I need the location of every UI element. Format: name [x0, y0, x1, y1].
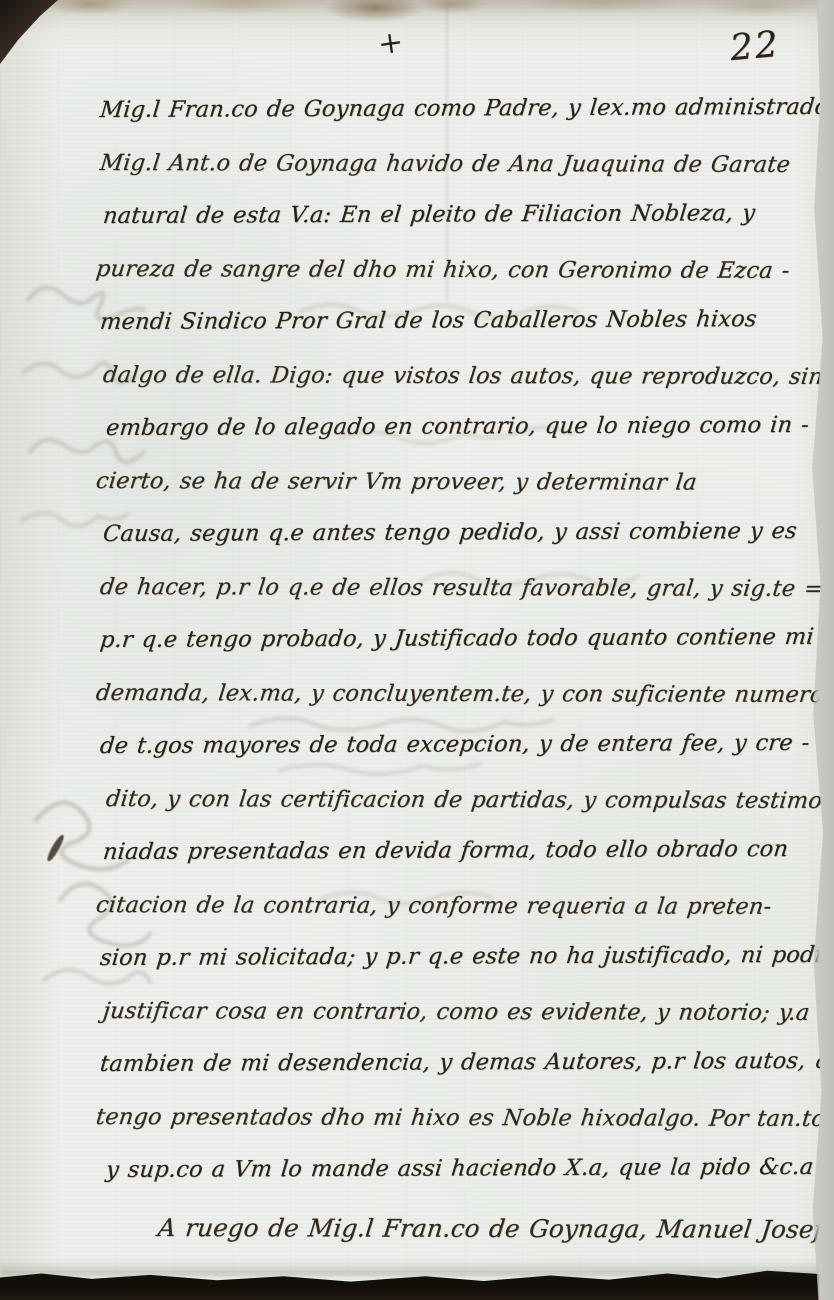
manuscript-line: de hacer, p.r lo q.e de ellos resulta fa… — [97, 561, 817, 616]
manuscript-line: demanda, lex.ma, y concluyentem.te, y co… — [93, 667, 817, 722]
manuscript-line: Mig.l Fran.co de Goynaga como Padre, y l… — [97, 81, 817, 137]
manuscript-line: tengo presentados dho mi hixo es Noble h… — [93, 1091, 817, 1146]
manuscript-line: natural de esta V.a: En el pleito de Fil… — [100, 187, 817, 243]
page-number: 22 — [728, 24, 781, 69]
manuscript-line: cierto, se ha de servir Vm proveer, y de… — [93, 455, 817, 510]
manuscript-line: embargo de lo alegado en contrario, que … — [103, 399, 817, 455]
manuscript-line: p.r q.e tengo probado, y Justificado tod… — [97, 611, 817, 667]
manuscript-line: Causa, segun q.e antes tengo pedido, y a… — [100, 505, 817, 561]
top-edge-stains — [0, 0, 834, 30]
manuscript-line: Mig.l Ant.o de Goynaga havido de Ana Jua… — [97, 137, 817, 192]
manuscript-line: tambien de mi desendencia, y demas Autor… — [97, 1035, 817, 1091]
signature-text: A ruego de Mig.l Fran.co de Goynaga, Man… — [156, 1213, 834, 1244]
manuscript-line: justificar cosa en contrario, como es ev… — [100, 985, 817, 1040]
document-scan: + 22 Mig.l Fran.co de Goynaga como Padre… — [0, 0, 834, 1300]
manuscript-line: niadas presentadas en devida forma, todo… — [100, 823, 817, 879]
manuscript-line: dito, y con las certificacion de partida… — [103, 773, 817, 828]
manuscript-body: Mig.l Fran.co de Goynaga como Padre, y l… — [100, 84, 814, 1253]
manuscript-line: de t.gos mayores de toda excepcion, y de… — [97, 717, 817, 773]
manuscript-line: mendi Sindico Pror Gral de los Caballero… — [97, 293, 817, 349]
manuscript-line: sion p.r mi solicitada; y p.r q.e este n… — [97, 929, 817, 985]
manuscript-line: dalgo de ella. Digo: que vistos los auto… — [100, 349, 817, 404]
signature-line: A ruego de Mig.l Fran.co de Goynaga, Man… — [155, 1203, 817, 1255]
manuscript-line: pureza de sangre del dho mi hixo, con Ge… — [93, 243, 817, 298]
manuscript-line: citacion de la contraria, y conforme req… — [93, 879, 817, 934]
cross-mark: + — [376, 24, 406, 62]
manuscript-line: y sup.co a Vm lo mande assi haciendo X.a… — [103, 1141, 817, 1197]
bottom-edge-shadow — [0, 1260, 834, 1276]
